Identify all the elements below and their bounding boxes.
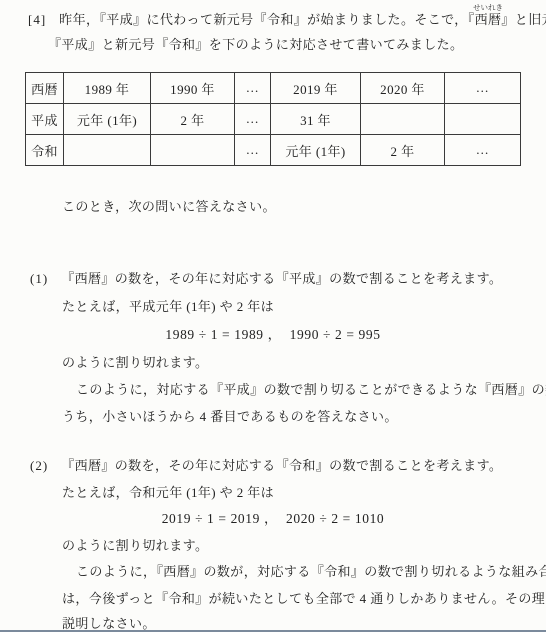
q1-intro-line: (1)『西暦』の数を，その年に対応する『平成』の数で割ることを考えます。 <box>30 271 502 286</box>
table-cell-ellipsis: … <box>445 73 521 104</box>
table-cell-empty <box>361 104 445 135</box>
q2-after-formula: のように割り切れます。 <box>62 538 208 553</box>
row-label-reiwa: 令和 <box>26 135 64 166</box>
q2-body-line-2: は，今後ずっと『令和』が続いたとしても全部で 4 通りしかありません。その理由を <box>62 591 546 606</box>
table-cell: 元年 (1年) <box>64 104 151 135</box>
table-cell-ellipsis: … <box>235 135 271 166</box>
q2-intro-line: (2)『西暦』の数を，その年に対応する『令和』の数で割ることを考えます。 <box>30 458 502 473</box>
q1-formula: 1989 ÷ 1 = 1989 ， 1990 ÷ 2 = 995 <box>0 327 546 342</box>
table-cell: 31 年 <box>271 104 361 135</box>
row-label-heisei: 平成 <box>26 104 64 135</box>
q2-body-line-1: このように，『西暦』の数が，対応する『令和』の数で割り切れるような組み合わせ <box>76 564 546 579</box>
table-cell: 2 年 <box>151 104 235 135</box>
table-cell: 元年 (1年) <box>271 135 361 166</box>
q2-number: (2) <box>30 458 48 473</box>
q1-body-line-1: このように，対応する『平成』の数で割り切ることができるような『西暦』の数の <box>76 382 546 397</box>
seireki-with-furigana: せいれき西暦 <box>475 12 502 27</box>
q1-body-line-2: うち，小さいほうから 4 番目であるものを答えなさい。 <box>62 409 398 424</box>
intro-line-1-post: 』と旧元号 <box>501 12 546 27</box>
q1-number: (1) <box>30 271 48 286</box>
q1-after-formula: のように割り切れます。 <box>62 355 208 370</box>
q2-example-lead: たとえば，令和元年 (1年) や 2 年は <box>62 485 274 500</box>
q1-intro-text: 『西暦』の数を，その年に対応する『平成』の数で割ることを考えます。 <box>61 271 502 286</box>
q1-example-lead: たとえば，平成元年 (1年) や 2 年は <box>62 299 274 314</box>
table-cell-empty <box>64 135 151 166</box>
q2-intro-text: 『西暦』の数を，その年に対応する『令和』の数で割ることを考えます。 <box>61 458 502 473</box>
table-row-heisei: 平成 元年 (1年) 2 年 … 31 年 <box>26 104 521 135</box>
table-cell: 2020 年 <box>361 73 445 104</box>
table-row-seireki: 西暦 1989 年 1990 年 … 2019 年 2020 年 … <box>26 73 521 104</box>
prompt-line: このとき，次の問いに答えなさい。 <box>62 199 276 214</box>
row-label-seireki: 西暦 <box>26 73 64 104</box>
intro-line-1-pre: 昨年，『平成』に代わって新元号『令和』が始まりました。そこで，『 <box>59 12 474 27</box>
q2-body-line-3: 説明しなさい。 <box>62 616 156 631</box>
table-cell-empty <box>151 135 235 166</box>
era-correspondence-table: 西暦 1989 年 1990 年 … 2019 年 2020 年 … 平成 元年… <box>25 72 521 166</box>
seireki-base: 西暦 <box>475 12 502 27</box>
table-cell: 1989 年 <box>64 73 151 104</box>
table-cell: 1990 年 <box>151 73 235 104</box>
table-cell-ellipsis: … <box>235 73 271 104</box>
table-row-reiwa: 令和 … 元年 (1年) 2 年 … <box>26 135 521 166</box>
intro-line-2: 『平成』と新元号『令和』を下のように対応させて書いてみました。 <box>48 37 463 52</box>
problem-number: [4] <box>28 12 46 27</box>
table-cell: 2 年 <box>361 135 445 166</box>
intro-line-1: [4]昨年，『平成』に代わって新元号『令和』が始まりました。そこで，『せいれき西… <box>28 12 546 27</box>
furigana-seireki: せいれき <box>473 4 503 12</box>
exam-page: [4]昨年，『平成』に代わって新元号『令和』が始まりました。そこで，『せいれき西… <box>0 0 546 632</box>
table-cell: 2019 年 <box>271 73 361 104</box>
table-cell-ellipsis: … <box>235 104 271 135</box>
table-cell-ellipsis: … <box>445 135 521 166</box>
table-cell-empty <box>445 104 521 135</box>
q2-formula: 2019 ÷ 1 = 2019 ， 2020 ÷ 2 = 1010 <box>0 511 546 526</box>
